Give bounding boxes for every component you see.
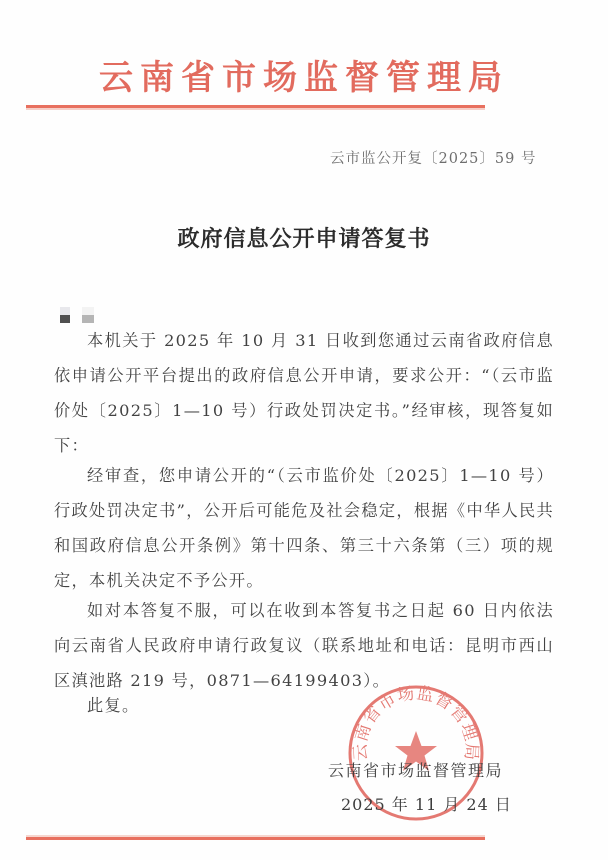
body-paragraph-decision: 经审查，您申请公开的“（云市监价处〔2025〕1—10 号）行政处罚决定书”，公…: [54, 458, 554, 598]
body-paragraph-receipt: 本机关于 2025 年 10 月 31 日收到您通过云南省政府信息依申请公开平台…: [54, 323, 554, 463]
paragraph-text: 本机关于 2025 年 10 月 31 日收到您通过云南省政府信息依申请公开平台…: [54, 323, 554, 463]
letterhead-red-rule: [26, 105, 485, 108]
document-page: 云南省市场监督管理局 云市监公开复〔2025〕59 号 政府信息公开申请答复书 …: [0, 0, 608, 860]
redacted-recipient-block: [82, 307, 94, 323]
signature-date: 2025 年 11 月 24 日: [341, 792, 512, 815]
document-title: 政府信息公开申请答复书: [0, 222, 608, 253]
signature-issuer: 云南省市场监督管理局: [328, 758, 503, 781]
paragraph-text: 经审查，您申请公开的“（云市监价处〔2025〕1—10 号）行政处罚决定书”，公…: [54, 458, 554, 598]
letterhead-org-name: 云南省市场监督管理局: [0, 56, 608, 100]
redacted-recipient-block: [60, 307, 70, 323]
document-number: 云市监公开复〔2025〕59 号: [330, 147, 536, 168]
footer-red-rule: [26, 837, 485, 840]
